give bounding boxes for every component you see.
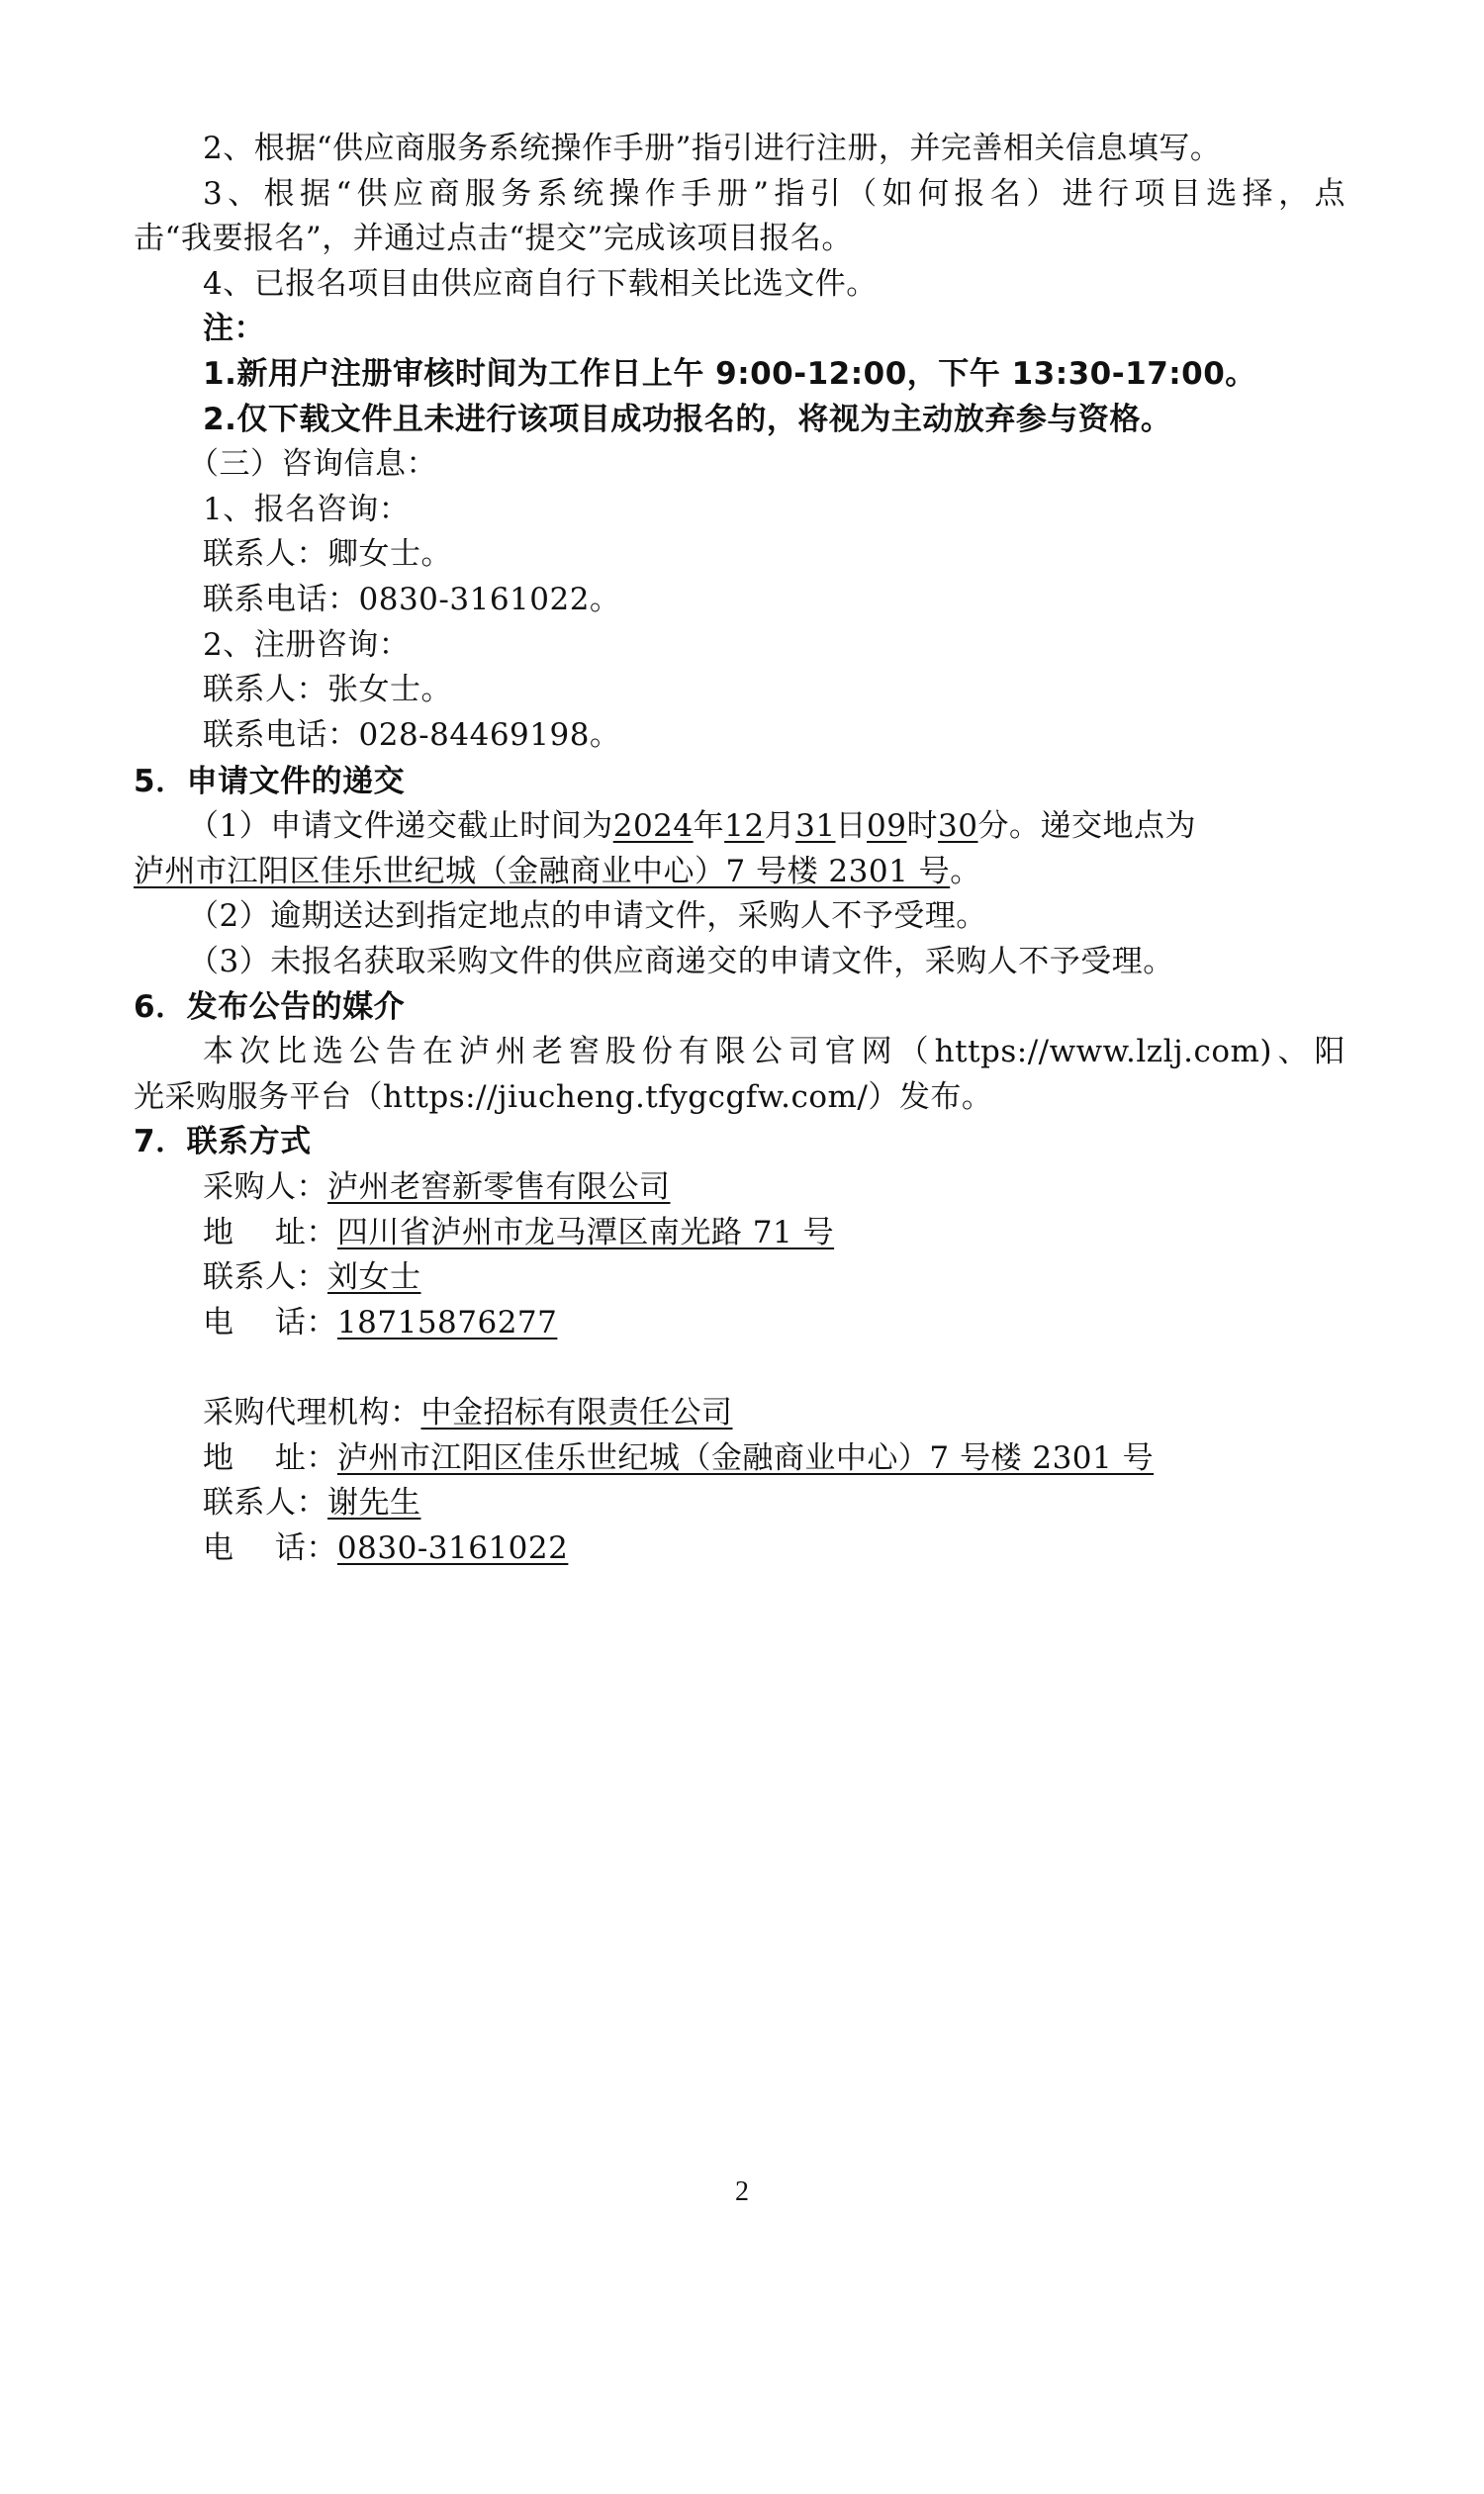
deadline-hour: 09 xyxy=(867,808,906,844)
submission-deadline: （1）申请文件递交截止时间为2024年12月31日09时30分。递交地点为 xyxy=(188,806,1196,846)
deadline-month: 12 xyxy=(724,808,764,844)
agency-contact-row: 联系人：谢先生 xyxy=(203,1483,421,1523)
signup-contact: 联系人：卿女士。 xyxy=(203,534,452,574)
agency-address-row: 地 址：泸州市江阳区佳乐世纪城（金融商业中心）7 号楼 2301 号 xyxy=(203,1438,1154,1478)
media-line-2: 光采购服务平台（https://jiucheng.tfygcgfw.com/）发… xyxy=(134,1077,992,1117)
purchaser-contact-row: 联系人：刘女士 xyxy=(203,1257,421,1297)
minute-unit: 分。递交地点为 xyxy=(977,808,1196,844)
agency-address-label: 地 址： xyxy=(203,1440,337,1476)
hour-unit: 时 xyxy=(907,808,939,844)
purchaser-row: 采购人：泸州老窖新零售有限公司 xyxy=(203,1167,671,1207)
purchaser-contact: 刘女士 xyxy=(327,1259,421,1295)
agency-phone-row: 电 话：0830-3161022 xyxy=(203,1528,568,1568)
purchaser-name: 泸州老窖新零售有限公司 xyxy=(327,1169,671,1205)
agency-name: 中金招标有限责任公司 xyxy=(421,1395,733,1431)
step-4: 4、已报名项目由供应商自行下载相关比选文件。 xyxy=(203,264,878,304)
purchaser-address-label: 地 址： xyxy=(203,1215,337,1250)
consult-heading: （三）咨询信息： xyxy=(188,444,437,484)
purchaser-address: 四川省泸州市龙马潭区南光路 71 号 xyxy=(337,1215,834,1250)
late-submission-rule: （2）逾期送达到指定地点的申请文件，采购人不予受理。 xyxy=(188,896,987,936)
address-end: 。 xyxy=(950,854,981,889)
purchaser-phone-label: 电 话： xyxy=(203,1305,337,1340)
signup-consult-title: 1、报名咨询： xyxy=(203,490,410,529)
month-unit: 月 xyxy=(765,808,796,844)
media-line-1: 本次比选公告在泸州老窖股份有限公司官网（https://www.lzlj.com… xyxy=(203,1032,1345,1071)
year-unit: 年 xyxy=(694,808,725,844)
agency-contact-label: 联系人： xyxy=(203,1485,327,1521)
deadline-minute: 30 xyxy=(938,808,977,844)
note-label: 注： xyxy=(203,309,265,348)
step-2: 2、根据“供应商服务系统操作手册”指引进行注册，并完善相关信息填写。 xyxy=(203,129,1221,168)
note-item-1: 1.新用户注册审核时间为工作日上午 9:00-12:00，下午 13:30-17… xyxy=(203,354,1256,394)
purchaser-phone: 18715876277 xyxy=(337,1305,557,1340)
section-7-heading: 7．联系方式 xyxy=(134,1122,312,1161)
step-3-line2: 击“我要报名”，并通过点击“提交”完成该项目报名。 xyxy=(134,219,853,258)
submission-address-value: 泸州市江阳区佳乐世纪城（金融商业中心）7 号楼 2301 号 xyxy=(134,854,950,889)
document-page: 2、根据“供应商服务系统操作手册”指引进行注册，并完善相关信息填写。 3、根据“… xyxy=(0,0,1484,2494)
purchaser-label: 采购人： xyxy=(203,1169,327,1205)
section-6-heading: 6．发布公告的媒介 xyxy=(134,987,405,1027)
agency-phone: 0830-3161022 xyxy=(337,1530,568,1566)
agency-address: 泸州市江阳区佳乐世纪城（金融商业中心）7 号楼 2301 号 xyxy=(337,1440,1154,1476)
purchaser-contact-label: 联系人： xyxy=(203,1259,327,1295)
purchaser-phone-row: 电 话：18715876277 xyxy=(203,1303,557,1342)
agency-contact: 谢先生 xyxy=(327,1485,421,1521)
submission-address: 泸州市江阳区佳乐世纪城（金融商业中心）7 号楼 2301 号。 xyxy=(134,852,981,891)
deadline-prefix: （1）申请文件递交截止时间为 xyxy=(188,808,613,844)
section-5-heading: 5．申请文件的递交 xyxy=(134,762,405,801)
deadline-year: 2024 xyxy=(613,808,694,844)
page-number: 2 xyxy=(0,2176,1484,2208)
agency-phone-label: 电 话： xyxy=(203,1530,337,1566)
agency-row: 采购代理机构：中金招标有限责任公司 xyxy=(203,1393,733,1432)
step-3-line1: 3、根据“供应商服务系统操作手册”指引（如何报名）进行项目选择，点 xyxy=(203,174,1345,214)
register-contact: 联系人：张女士。 xyxy=(203,670,452,709)
register-phone: 联系电话：028-84469198。 xyxy=(203,715,620,755)
purchaser-address-row: 地 址：四川省泸州市龙马潭区南光路 71 号 xyxy=(203,1213,834,1252)
register-consult-title: 2、注册咨询： xyxy=(203,625,410,665)
agency-label: 采购代理机构： xyxy=(203,1395,421,1431)
unregistered-submission-rule: （3）未报名获取采购文件的供应商递交的申请文件，采购人不予受理。 xyxy=(188,942,1174,981)
note-item-2: 2.仅下载文件且未进行该项目成功报名的，将视为主动放弃参与资格。 xyxy=(203,400,1171,439)
signup-phone: 联系电话：0830-3161022。 xyxy=(203,580,620,619)
day-unit: 日 xyxy=(836,808,868,844)
deadline-day: 31 xyxy=(795,808,835,844)
